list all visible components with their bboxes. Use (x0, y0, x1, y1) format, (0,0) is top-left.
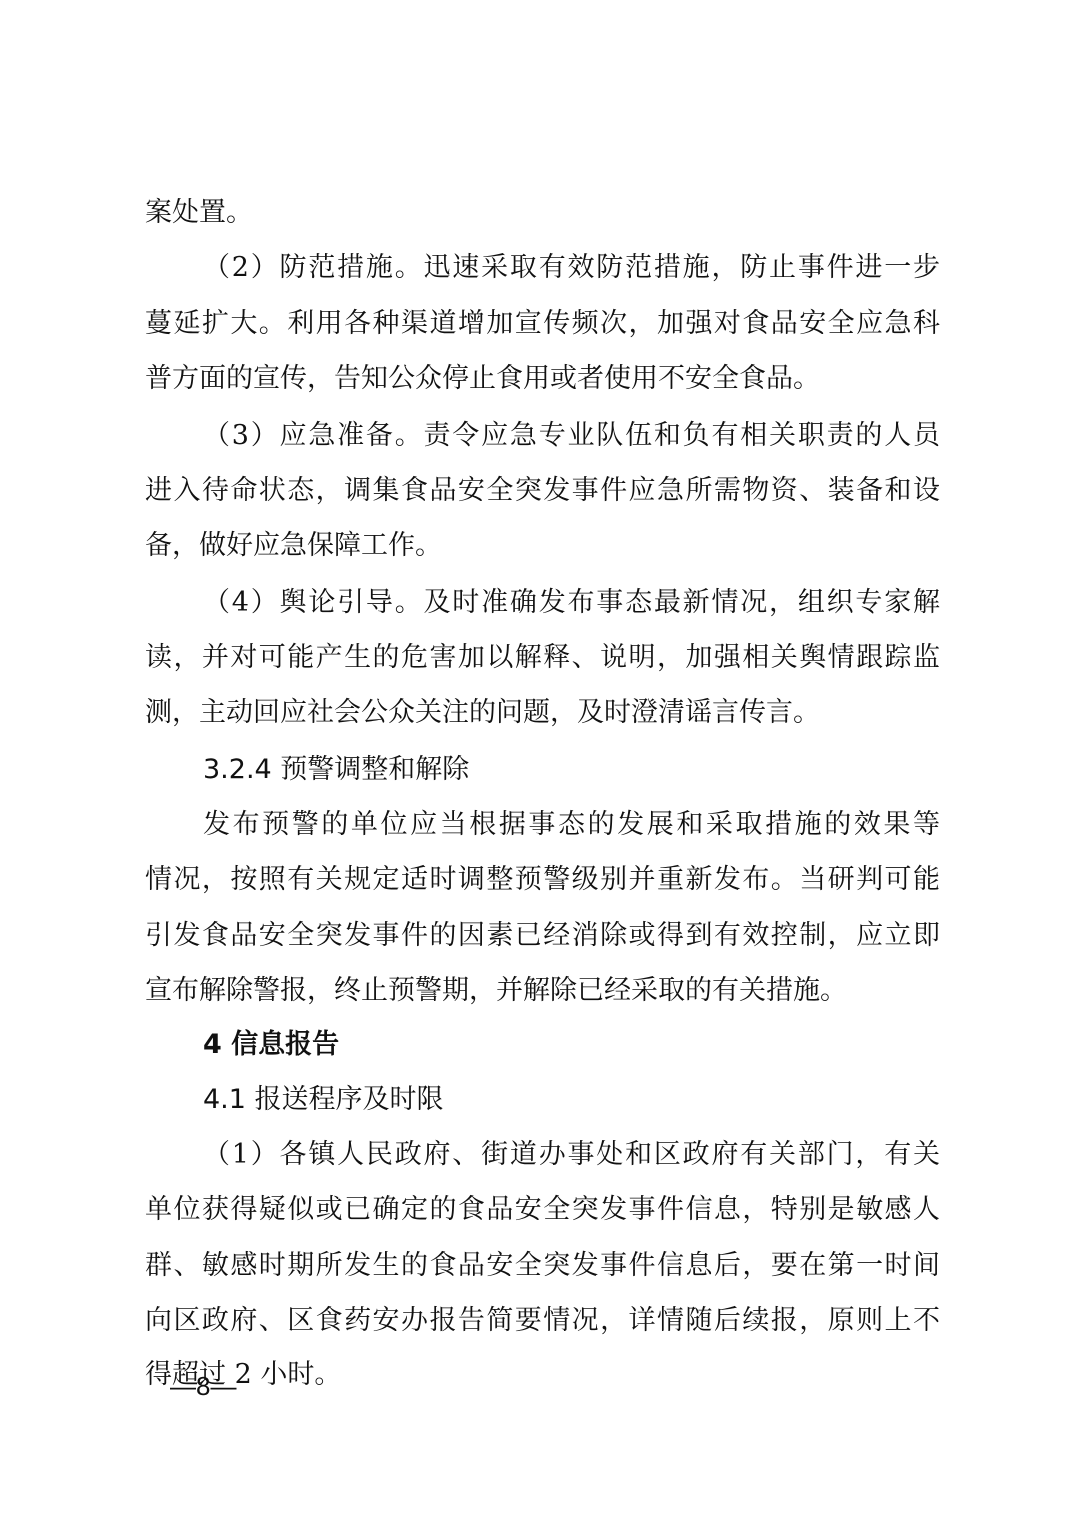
paragraph-opinion-line-1: （4）舆论引导。及时准确发布事态最新情况，组织专家解 (203, 583, 940, 623)
section-heading-4-1: 4.1 报送程序及时限 (203, 1080, 444, 1120)
paragraph-reporting-line-3: 群、敏感时期所发生的食品安全突发事件信息后，要在第一时间 (145, 1246, 940, 1286)
document-page: 案处置。 （2）防范措施。迅速采取有效防范措施，防止事件进一步 蔓延扩大。利用各… (0, 0, 1074, 1520)
paragraph-reporting-line-1: （1）各镇人民政府、街道办事处和区政府有关部门，有关 (203, 1135, 940, 1175)
paragraph-opinion-line-3: 测，主动回应社会公众关注的问题，及时澄清谣言传言。 (145, 693, 940, 733)
paragraph-opinion-line-2: 读，并对可能产生的危害加以解释、说明，加强相关舆情跟踪监 (145, 638, 940, 678)
page-number: —8— (170, 1368, 236, 1404)
paragraph-reporting-line-4: 向区政府、区食药安办报告简要情况，详情随后续报，原则上不 (145, 1301, 940, 1341)
paragraph-continuation: 案处置。 (145, 193, 940, 233)
paragraph-warning-line-2: 情况，按照有关规定适时调整预警级别并重新发布。当研判可能 (145, 860, 940, 900)
paragraph-preparation-line-2: 进入待命状态，调集食品安全突发事件应急所需物资、装备和设 (145, 471, 940, 511)
paragraph-warning-line-1: 发布预警的单位应当根据事态的发展和采取措施的效果等 (203, 805, 940, 845)
paragraph-reporting-line-5: 得超过 2 小时。 (145, 1355, 940, 1395)
paragraph-prevention-line-3: 普方面的宣传，告知公众停止食用或者使用不安全食品。 (145, 359, 940, 399)
section-heading-4: 4 信息报告 (203, 1025, 339, 1065)
paragraph-prevention-line-2: 蔓延扩大。利用各种渠道增加宣传频次，加强对食品安全应急科 (145, 304, 940, 344)
section-heading-3-2-4: 3.2.4 预警调整和解除 (203, 750, 469, 790)
paragraph-reporting-line-2: 单位获得疑似或已确定的食品安全突发事件信息，特别是敏感人 (145, 1190, 940, 1230)
paragraph-prevention-line-1: （2）防范措施。迅速采取有效防范措施，防止事件进一步 (203, 248, 940, 288)
paragraph-warning-line-4: 宣布解除警报，终止预警期，并解除已经采取的有关措施。 (145, 971, 940, 1011)
paragraph-preparation-line-1: （3）应急准备。责令应急专业队伍和负有相关职责的人员 (203, 416, 940, 456)
paragraph-warning-line-3: 引发食品安全突发事件的因素已经消除或得到有效控制，应立即 (145, 916, 940, 956)
paragraph-preparation-line-3: 备，做好应急保障工作。 (145, 526, 940, 566)
